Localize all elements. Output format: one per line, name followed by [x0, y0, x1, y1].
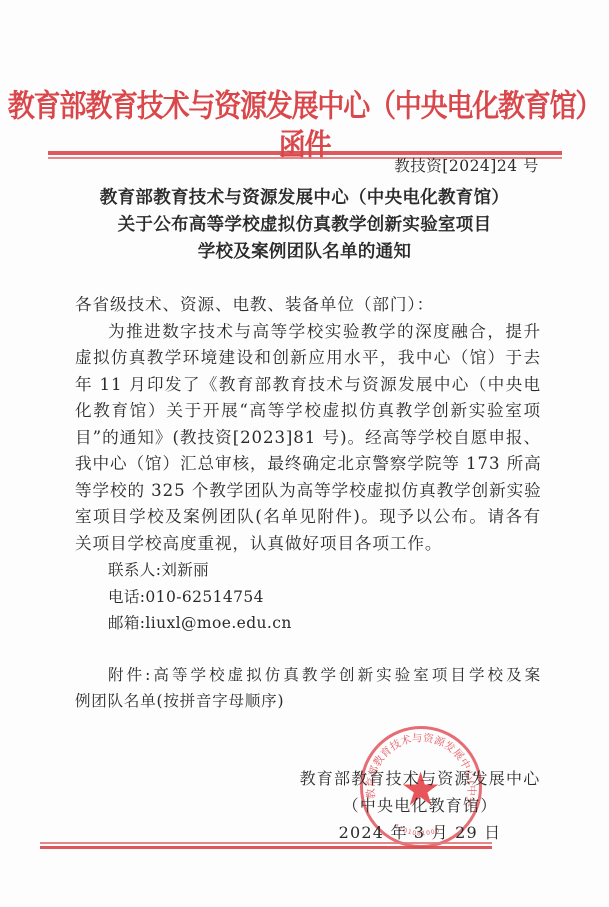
body-line: 目”的通知》(教技资[2023]81 号)。经高等学校自愿申报、	[75, 425, 541, 452]
title-line-2: 关于公布高等学校虚拟仿真教学创新实验室项目	[0, 212, 609, 239]
salutation: 各省级技术、资源、电教、装备单位（部门）：	[75, 292, 541, 319]
attachment-note: 附件:高等学校虚拟仿真教学创新实验室项目学校及案 例团队名单(按拼音字母顺序)	[75, 662, 541, 714]
contact-email[interactable]: 邮箱:liuxl@moe.edu.cn	[75, 610, 541, 637]
contact-phone: 电话:010-62514754	[75, 584, 541, 611]
footer-rule-thin	[40, 842, 492, 844]
contact-person: 联系人:刘新丽	[75, 557, 541, 584]
body-line: 虚拟仿真教学环境建设和创新应用水平，我中心（馆）于去	[75, 345, 541, 372]
document-title: 教育部教育技术与资源发展中心（中央电化教育馆） 关于公布高等学校虚拟仿真教学创新…	[0, 185, 609, 266]
body-line: 室项目学校及案例团队(名单见附件)。现予以公布。请各有	[75, 504, 541, 531]
body-line: 我中心（馆）汇总审核，最终确定北京警察学院等 173 所高	[75, 451, 541, 478]
attachment-line-1: 附件:高等学校虚拟仿真教学创新实验室项目学校及案	[75, 662, 541, 688]
body-line: 关项目学校高度重视，认真做好项目各项工作。	[75, 531, 541, 558]
body-line: 年 11 月印发了《教育部教育技术与资源发展中心（中央电	[75, 372, 541, 399]
signature-org-alias: （中央电化教育馆）	[330, 793, 510, 819]
signature-org: 教育部教育技术与资源发展中心	[272, 766, 568, 792]
body-line: 等学校的 325 个教学团队为高等学校虚拟仿真教学创新实验	[75, 478, 541, 505]
body-line: 为推进数字技术与高等学校实验教学的深度融合，提升	[75, 319, 541, 346]
title-line-3: 学校及案例团队名单的通知	[0, 239, 609, 266]
letterhead-rule-thick	[48, 151, 562, 155]
document-number: 教技资[2024]24 号	[394, 156, 539, 176]
document-body: 各省级技术、资源、电教、装备单位（部门）： 为推进数字技术与高等学校实验教学的深…	[75, 292, 541, 637]
body-line: 化教育馆）关于开展“高等学校虚拟仿真教学创新实验室项	[75, 398, 541, 425]
title-line-1: 教育部教育技术与资源发展中心（中央电化教育馆）	[0, 185, 609, 212]
attachment-line-2: 例团队名单(按拼音字母顺序)	[75, 688, 541, 714]
footer-rule-thick	[40, 846, 492, 849]
